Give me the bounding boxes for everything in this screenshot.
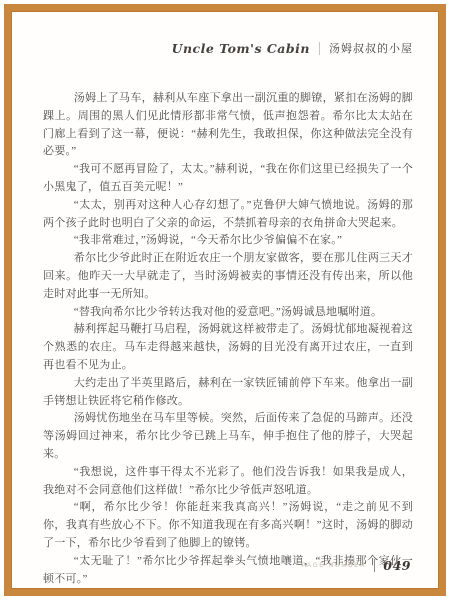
paragraph: 希尔比少爷此时正在附近农庄一个朋友家做客，要在那儿住两三天才回来。他昨天一大早就… <box>43 250 413 303</box>
paragraph: 大约走出了半英里路后，赫利在一家铁匠铺前停下车来。他拿出一副手铐想让铁匠将它稍作… <box>43 375 413 411</box>
page-frame: Uncle Tom's Cabin 汤姆叔叔的小屋 汤姆上了马车，赫利从车座下拿… <box>4 4 446 596</box>
paragraph: “我非常难过，”汤姆说，“今天希尔比少爷偏偏不在家。” <box>43 232 413 250</box>
paragraph: “替我向希尔比少爷转达我对他的爱意吧。”汤姆诚恳地嘱咐道。 <box>43 304 413 322</box>
paragraph: 汤姆忧伤地坐在马车里等候。突然，后面传来了急促的马蹄声。还没等汤姆回过神来，希尔… <box>43 410 413 463</box>
page-number: 049 <box>383 558 411 573</box>
page-header: Uncle Tom's Cabin 汤姆叔叔的小屋 <box>43 39 413 57</box>
paragraph: “我想说，这件事干得太不光彩了。他们没告诉我！如果我是成人，我绝对不会同意他们这… <box>43 464 413 500</box>
paragraph: “啊，希尔比少爷！你能赶来我真高兴！”汤姆说，“走之前见不到你，我真有些放心不下… <box>43 499 413 552</box>
page-number-label: PAGE NUMBER <box>301 562 366 569</box>
book-title-english: Uncle Tom's Cabin <box>172 41 310 56</box>
page-content: Uncle Tom's Cabin 汤姆叔叔的小屋 汤姆上了马车，赫利从车座下拿… <box>11 11 439 589</box>
footer-divider <box>374 559 375 572</box>
paragraph: “我可不愿再冒险了，太太。”赫利说，“我在你们这里已经损失了一个小黑鬼了，值五百… <box>43 161 413 197</box>
body-text: 汤姆上了马车，赫利从车座下拿出一副沉重的脚镣，紧扣在汤姆的脚踝上。周围的黑人们见… <box>43 90 413 588</box>
paragraph: 赫利挥起马鞭打马启程，汤姆就这样被带走了。汤姆忧郁地凝视着这个熟悉的农庄。马车走… <box>43 321 413 374</box>
page-footer: PAGE NUMBER 049 <box>301 558 411 573</box>
book-title-chinese: 汤姆叔叔的小屋 <box>329 40 413 56</box>
header-divider <box>319 42 320 55</box>
paragraph: “太太，别再对这种人心存幻想了。”克鲁伊大婶气愤地说。汤姆的那两个孩子此时也明白… <box>43 197 413 233</box>
book-page-canvas: Uncle Tom's Cabin 汤姆叔叔的小屋 汤姆上了马车，赫利从车座下拿… <box>0 0 450 600</box>
paragraph: 汤姆上了马车，赫利从车座下拿出一副沉重的脚镣，紧扣在汤姆的脚踝上。周围的黑人们见… <box>43 90 413 161</box>
